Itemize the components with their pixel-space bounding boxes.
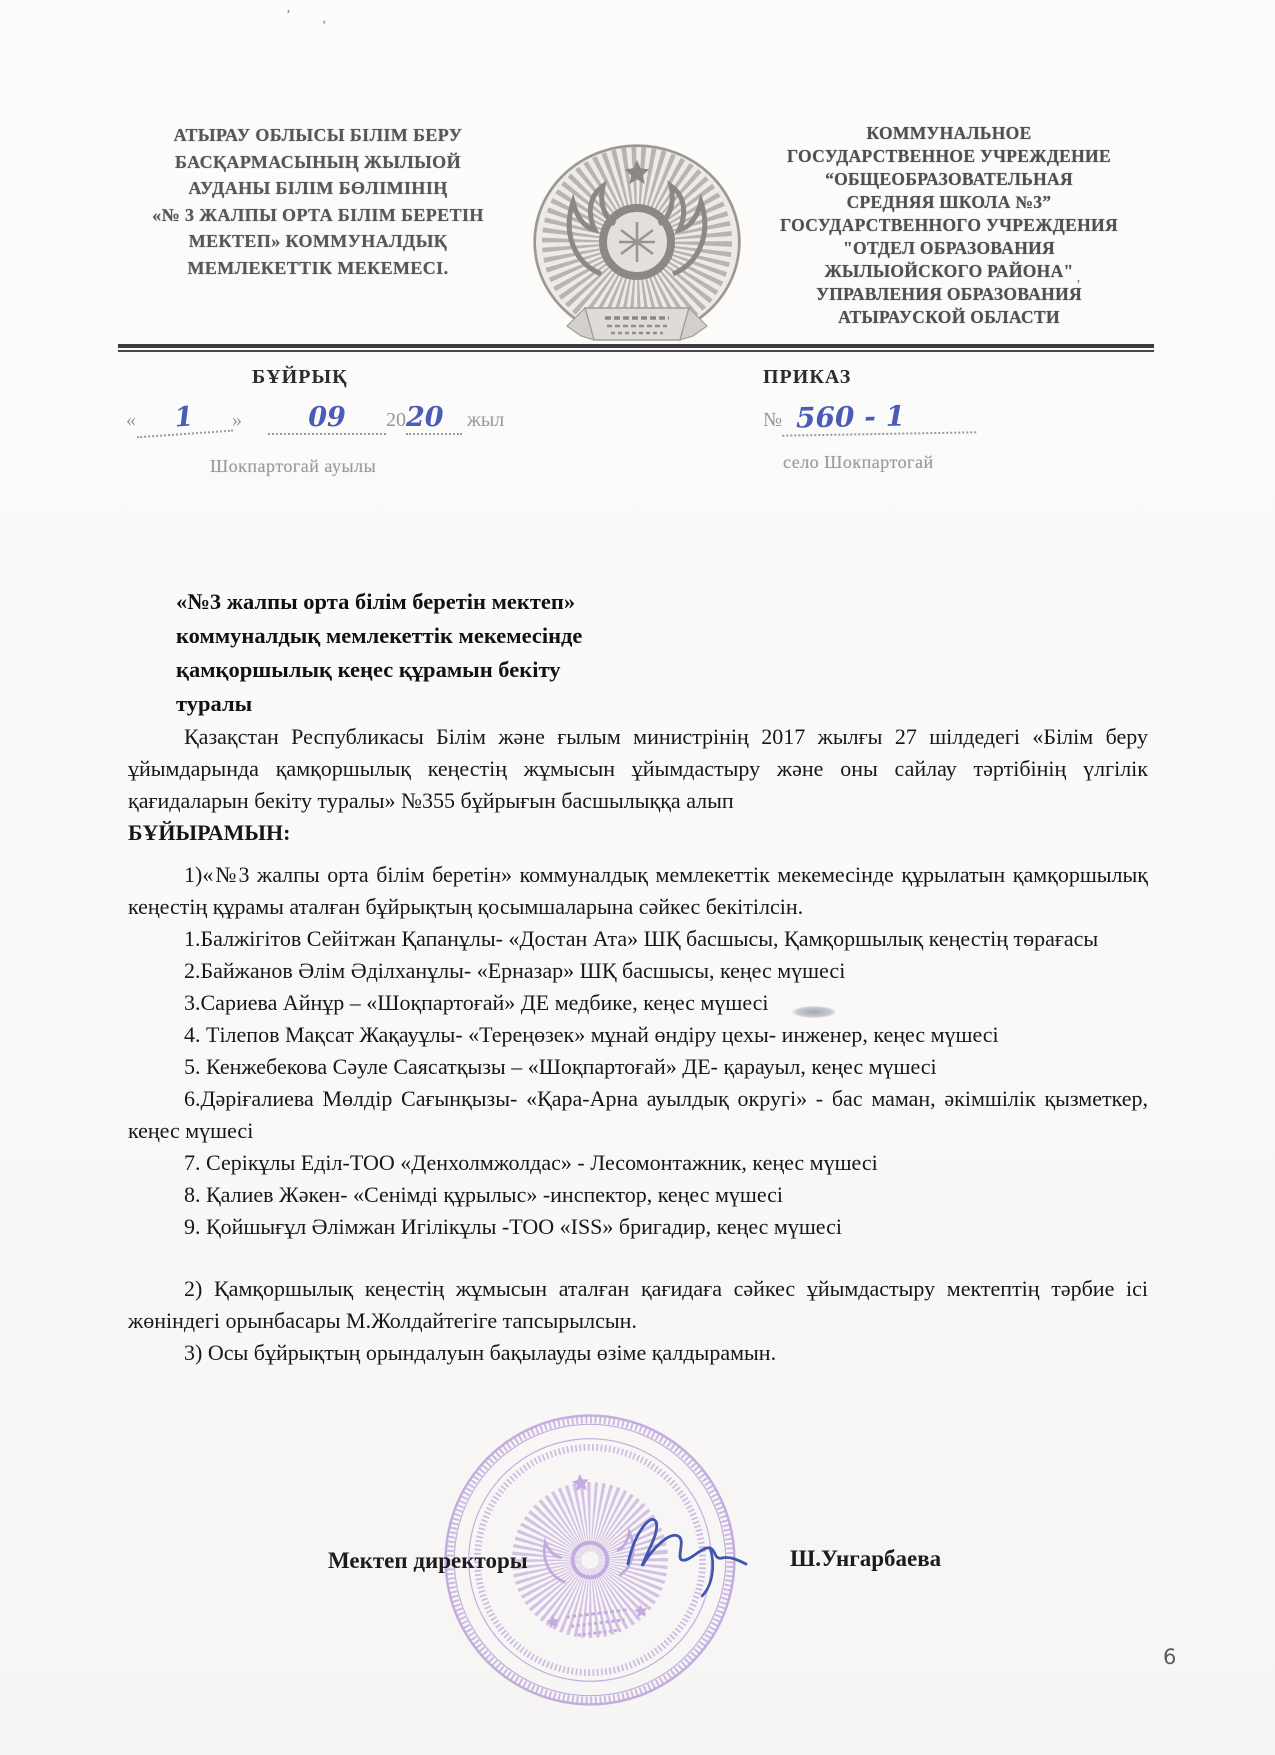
order-number-line: №560 - 1 — [763, 400, 976, 435]
org-kk-line: БАСҚАРМАСЫНЫҢ ЖЫЛЫОЙ — [108, 149, 528, 176]
year-handwritten: 20 — [406, 402, 462, 435]
subject-line: туралы — [176, 687, 1148, 721]
page-number: 6 — [1163, 1645, 1176, 1669]
council-member-item: 6.Дәріғалиева Мөлдір Сағынқызы- «Қара-Ар… — [128, 1083, 1148, 1147]
spacer — [128, 1243, 1148, 1273]
org-ru-line: АТЫРАУСКОЙ ОБЛАСТИ — [728, 306, 1170, 329]
header-divider-thin-line — [118, 350, 1154, 352]
kazakhstan-emblem-icon — [521, 140, 753, 358]
handwritten-signature-icon — [618, 1502, 758, 1602]
scan-artifact: ‘ — [322, 18, 327, 34]
order-point-3: 3) Осы бұйрықтың орындалуын бақылауды өз… — [128, 1337, 1148, 1369]
spacer — [128, 849, 1148, 859]
org-ru-line: "ОТДЕЛ ОБРАЗОВАНИЯ — [728, 237, 1170, 260]
place-kazakh: Шокпартогай ауылы — [210, 456, 376, 477]
order-number-handwritten: 560 - 1 — [782, 398, 977, 436]
council-member-item: 5. Кенжебекова Сәуле Саясатқызы – «Шоқпа… — [128, 1051, 1148, 1083]
council-member-item: 4. Тілепов Мақсат Жақауұлы- «Тереңөзек» … — [128, 1019, 1148, 1051]
year-printed-prefix: 20 — [386, 409, 406, 431]
org-ru-line: “ОБЩЕОБРАЗОВАТЕЛЬНАЯ — [728, 168, 1170, 191]
preamble-paragraph: Қазақстан Республикасы Білім және ғылым … — [128, 721, 1148, 817]
order-point-1: 1)«№3 жалпы орта білім беретін» коммунал… — [128, 859, 1148, 923]
number-sign: № — [763, 409, 782, 431]
org-kk-line: АТЫРАУ ОБЛЫСЫ БІЛІМ БЕРУ — [108, 122, 528, 149]
document-page: АТЫРАУ ОБЛЫСЫ БІЛІМ БЕРУ БАСҚАРМАСЫНЫҢ Ж… — [0, 0, 1275, 1755]
org-ru-line: ГОСУДАРСТВЕННОЕ УЧРЕЖДЕНИЕ — [728, 145, 1170, 168]
org-kk-line: «№ 3 ЖАЛПЫ ОРТА БІЛІМ БЕРЕТІН — [108, 202, 528, 229]
signature-name: Ш.Унгарбаева — [790, 1546, 941, 1572]
subject-line: коммуналдық мемлекеттік мекемесінде — [176, 619, 1148, 653]
org-name-kazakh: АТЫРАУ ОБЛЫСЫ БІЛІМ БЕРУ БАСҚАРМАСЫНЫҢ Ж… — [108, 122, 528, 281]
scan-smudge — [792, 1006, 836, 1018]
org-kk-line: АУДАНЫ БІЛІМ БӨЛІМІНІҢ — [108, 175, 528, 202]
council-member-item: 9. Қойшығұл Әлімжан Игілікұлы -ТОО «ISS»… — [128, 1211, 1148, 1243]
org-ru-line: ГОСУДАРСТВЕННОГО УЧРЕЖДЕНИЯ — [728, 214, 1170, 237]
subject-line: «№3 жалпы орта білім беретін мектеп» — [176, 585, 1148, 619]
council-member-item: 1.Балжігітов Сейітжан Қапанұлы- «Достан … — [128, 923, 1148, 955]
order-body: «№3 жалпы орта білім беретін мектеп» ком… — [128, 585, 1148, 1369]
subject-line: қамқоршылық кеңес құрамын бекіту — [176, 653, 1148, 687]
council-member-item: 2.Байжанов Әлім Әділханұлы- «Ерназар» ШҚ… — [128, 955, 1148, 987]
org-kk-line: МЕМЛЕКЕТТІК МЕКЕМЕСІ. — [108, 255, 528, 282]
header-divider — [118, 344, 1154, 357]
org-ru-line: ЖЫЛЫОЙСКОГО РАЙОНА" — [728, 260, 1170, 283]
quote-close: » — [232, 409, 242, 431]
order-point-2: 2) Қамқоршылық кеңестің жұмысын аталған … — [128, 1273, 1148, 1337]
place-russian: село Шокпартогай — [783, 452, 934, 473]
org-ru-line: СРЕДНЯЯ ШКОЛА №3” — [728, 191, 1170, 214]
council-member-item: 8. Қалиев Жәкен- «Сенімді құрылыс» -инсп… — [128, 1179, 1148, 1211]
org-name-russian: КОММУНАЛЬНОЕ ГОСУДАРСТВЕННОЕ УЧРЕЖДЕНИЕ … — [728, 122, 1170, 329]
council-member-item: 7. Серікұлы Еділ-ТОО «Денхолмжолдас» - Л… — [128, 1147, 1148, 1179]
org-ru-line: КОММУНАЛЬНОЕ — [728, 122, 1170, 145]
year-suffix-label: жыл — [467, 409, 504, 431]
order-heading-russian: ПРИКАЗ — [763, 366, 851, 389]
order-date-line: «1»092020 жыл — [126, 402, 646, 435]
signature-role-label: Мектеп директоры — [328, 1548, 528, 1574]
scan-artifact: ’ — [286, 8, 291, 24]
order-heading-kazakh: БҰЙРЫҚ — [252, 366, 348, 389]
date-day-handwritten: 1 — [135, 399, 233, 439]
resolve-keyword: БҰЙЫРАМЫН: — [128, 817, 1148, 849]
scan-artifact: ’ — [1076, 278, 1081, 294]
order-subject-title: «№3 жалпы орта білім беретін мектеп» ком… — [176, 585, 1148, 721]
org-kk-line: МЕКТЕП» КОММУНАЛДЫҚ — [108, 228, 528, 255]
council-member-item: 3.Сариева Айнұр – «Шоқпартоғай» ДЕ медби… — [128, 987, 1148, 1019]
date-month-handwritten: 09 — [268, 402, 386, 435]
org-ru-line: УПРАВЛЕНИЯ ОБРАЗОВАНИЯ — [728, 283, 1170, 306]
